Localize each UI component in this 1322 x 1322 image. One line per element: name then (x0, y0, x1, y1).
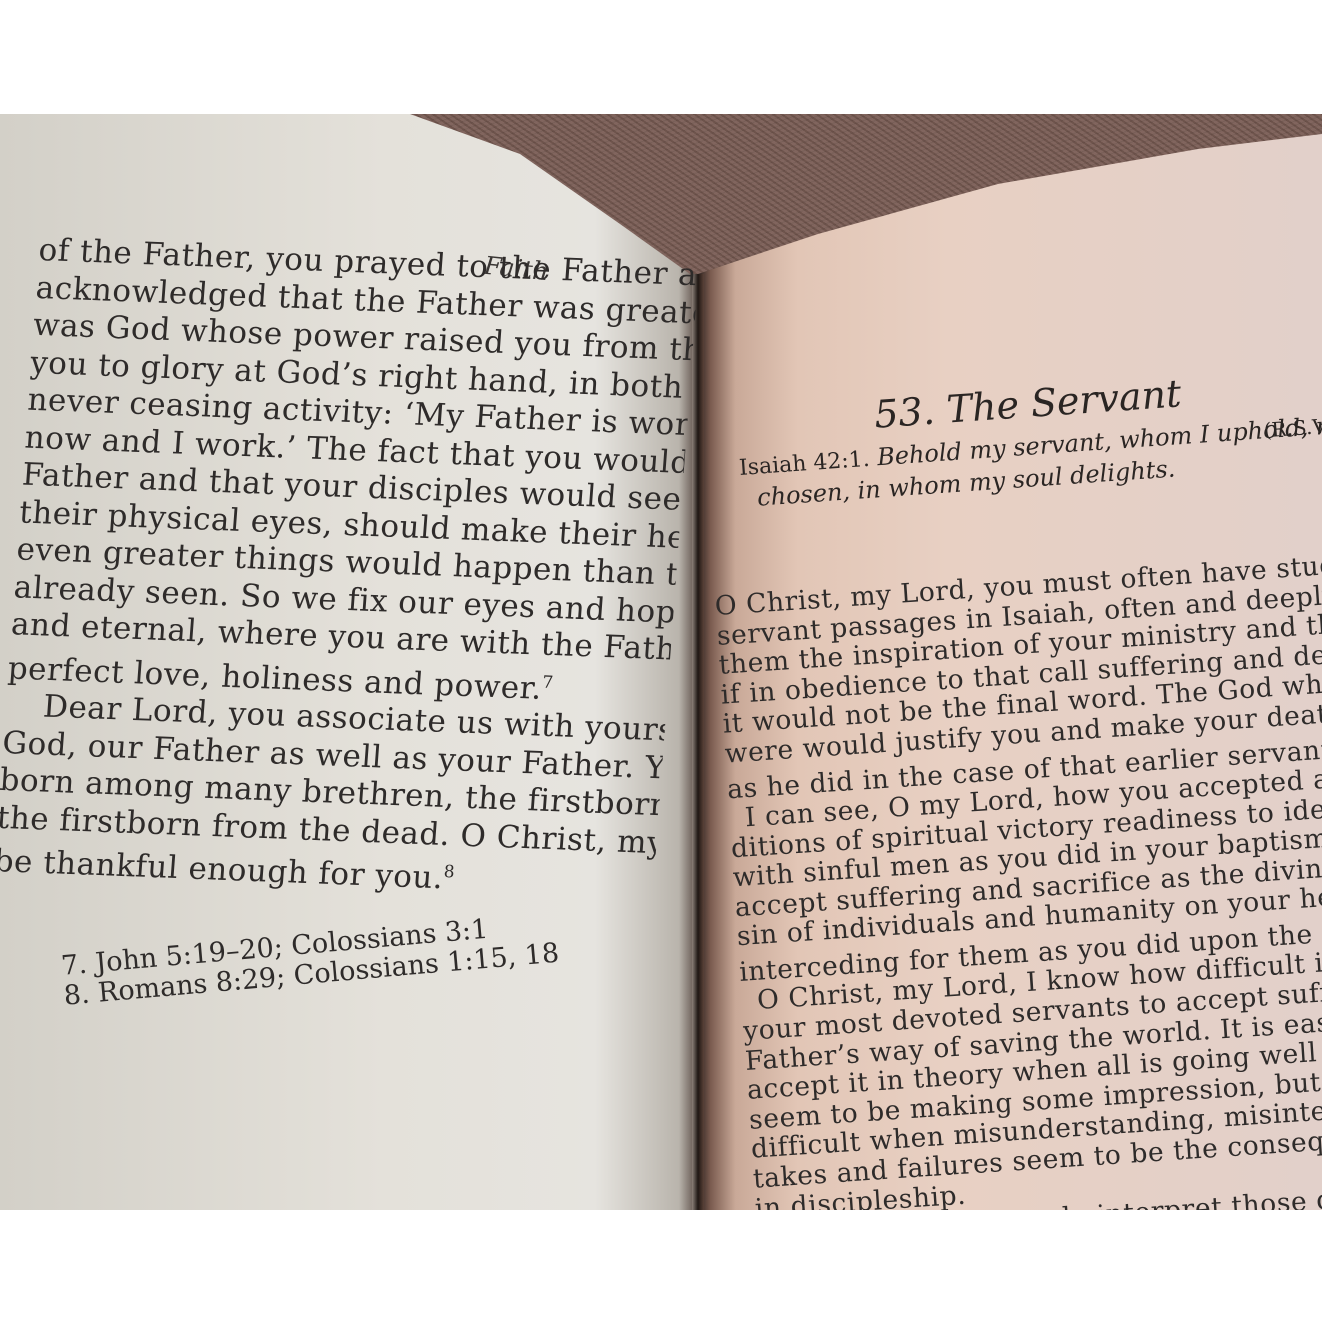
right-page-body: O Christ, my Lord, you must often have s… (714, 551, 1322, 1210)
footnote-marker: 8 (443, 862, 456, 882)
footnote-marker: 7 (542, 672, 555, 692)
book-photo: Faith of the Father, you prayed to the F… (0, 114, 1322, 1210)
left-page-body: of the Father, you prayed to the Father … (0, 232, 700, 906)
bible-version: (R.S.V.) (1263, 410, 1322, 445)
book-gutter (692, 274, 704, 1210)
